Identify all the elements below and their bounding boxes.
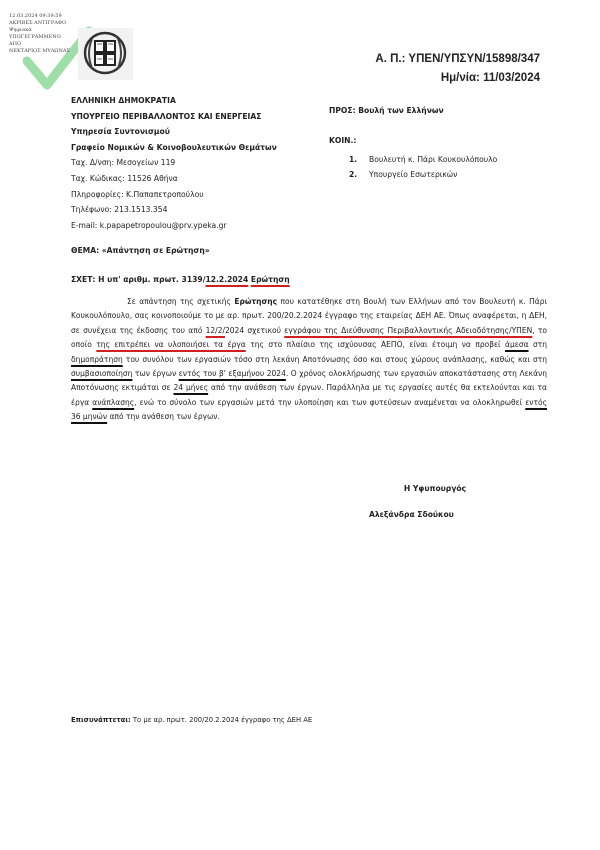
- body-bold-text: Ερώτησης: [234, 297, 277, 306]
- stamp-line: ΑΠΟ: [9, 41, 70, 48]
- related-date: 12.2.2024: [205, 275, 248, 284]
- sender-block: ΕΛΛΗΝΙΚΗ ΔΗΜΟΚΡΑΤΙΑ ΥΠΟΥΡΓΕΙΟ ΠΕΡΙΒΑΛΛΟΝ…: [71, 93, 277, 233]
- country-name: ΕΛΛΗΝΙΚΗ ΔΗΜΟΚΡΑΤΙΑ: [71, 93, 277, 109]
- letter-body: Σε απάντηση της σχετικής Ερώτησης που κα…: [71, 295, 547, 425]
- reference-block: Α. Π.: ΥΠΕΝ/ΥΠΣΥΝ/15898/347 Ημ/νία: 11/0…: [375, 50, 540, 88]
- postal-code: Ταχ. Κώδικας: 11526 Αθήνα: [71, 171, 277, 187]
- highlight-black: εντός του β' εξαμήνου 2024: [179, 369, 286, 378]
- highlight-black: συμβασιοποίηση: [71, 369, 132, 378]
- related-prefix: ΣΧΕΤ: Η υπ' αριθμ. πρωτ. 3139/: [71, 275, 205, 284]
- highlight-red: της επιτρέπει να υλοποιήσει τα έργα: [96, 340, 245, 349]
- cc-number: 1.: [349, 152, 369, 167]
- stamp-line: Ψηφιακά: [9, 27, 70, 34]
- signatory-title: Η Υφυπουργός: [385, 484, 485, 493]
- body-text: των έργων: [132, 369, 178, 378]
- phone: Τηλέφωνο: 213.1513.354: [71, 202, 277, 218]
- body-text: του συνόλου των εργασιών τόσο στη λεκάνη…: [123, 355, 547, 364]
- related-word: Ερώτηση: [251, 275, 290, 284]
- stamp-line: 12.03.2024 09:39:59: [9, 13, 70, 20]
- address: Ταχ. Δ/νση: Μεσογείων 119: [71, 155, 277, 171]
- body-text: από την ανάθεση των έργων.: [107, 412, 220, 421]
- signatory-name: Αλεξάνδρα Σδούκου: [369, 510, 454, 519]
- recipient-to: ΠΡΟΣ: Βουλή των Ελλήνων: [329, 103, 497, 118]
- cc-item: 2.Υπουργείο Εσωτερικών: [329, 167, 497, 182]
- highlight-black: ανάπλασης: [92, 398, 134, 407]
- office-name: Γραφείο Νομικών & Κοινοβουλευτικών Θεμάτ…: [71, 140, 277, 156]
- highlight-black: άμεσα: [505, 340, 528, 349]
- document-date: Ημ/νία: 11/03/2024: [375, 69, 540, 88]
- subject-line: ΘΕΜΑ: «Απάντηση σε Ερώτηση»: [71, 246, 210, 255]
- highlight-red: εγγράφου της Διεύθυνσης Περιβαλλοντικής …: [284, 326, 532, 335]
- body-text: , ενώ το σύνολο των εργασιών μετά την υλ…: [134, 398, 525, 407]
- recipient-block: ΠΡΟΣ: Βουλή των Ελλήνων ΚΟΙΝ.: 1.Βουλευτ…: [329, 103, 497, 182]
- contact-info: Πληροφορίες: Κ.Παπαπετροπούλου: [71, 187, 277, 203]
- highlight-black: 24 μήνες: [174, 383, 209, 392]
- related-line: ΣΧΕΤ: Η υπ' αριθμ. πρωτ. 3139/12.2.2024 …: [71, 275, 290, 284]
- cc-item: 1.Βουλευτή κ. Πάρι Κουκουλόπουλο: [329, 152, 497, 167]
- body-text: στη: [529, 340, 548, 349]
- enclosure-label: Επισυνάπτεται:: [71, 716, 131, 724]
- ministry-name: ΥΠΟΥΡΓΕΙΟ ΠΕΡΙΒΑΛΛΟΝΤΟΣ ΚΑΙ ΕΝΕΡΓΕΙΑΣ: [71, 109, 277, 125]
- enclosure-text: Το με αρ. πρωτ. 200/20.2.2024 έγγραφο τη…: [131, 716, 312, 724]
- email: E-mail: k.papapetropoulou@prv.ypeka.gr: [71, 218, 277, 234]
- stamp-text: 12.03.2024 09:39:59 ΑΚΡΙΒΕΣ ΑΝΤΙΓΡΑΦΟ Ψη…: [9, 13, 70, 55]
- cc-text: Βουλευτή κ. Πάρι Κουκουλόπουλο: [369, 155, 497, 164]
- enclosure-line: Επισυνάπτεται: Το με αρ. πρωτ. 200/20.2.…: [71, 716, 312, 724]
- cc-list: 1.Βουλευτή κ. Πάρι Κουκουλόπουλο 2.Υπουρ…: [329, 152, 497, 182]
- coat-of-arms: [78, 28, 133, 80]
- cc-label: ΚΟΙΝ.:: [329, 133, 497, 148]
- body-text: Σε απάντηση της σχετικής: [127, 297, 234, 306]
- highlight-black: δημοπράτηση: [71, 355, 123, 364]
- cc-text: Υπουργείο Εσωτερικών: [369, 170, 457, 179]
- cc-number: 2.: [349, 167, 369, 182]
- greek-coat-of-arms-icon: [78, 28, 133, 80]
- stamp-line: ΥΠΟΓΕΓΡΑΜΜΕΝΟ: [9, 34, 70, 41]
- stamp-line: ΝΕΚΤΑΡΙΟΣ ΜΥΛΩΝΑΣ: [9, 48, 70, 55]
- service-name: Υπηρεσία Συντονισμού: [71, 124, 277, 140]
- body-text: 2024 σχετικού: [225, 326, 284, 335]
- highlight-red: 12/2/: [206, 326, 225, 335]
- body-text: της στο πλαίσιο της ισχύουσας ΑΕΠΟ, είνα…: [246, 340, 505, 349]
- stamp-line: ΑΚΡΙΒΕΣ ΑΝΤΙΓΡΑΦΟ: [9, 20, 70, 27]
- protocol-number: Α. Π.: ΥΠΕΝ/ΥΠΣΥΝ/15898/347: [375, 50, 540, 69]
